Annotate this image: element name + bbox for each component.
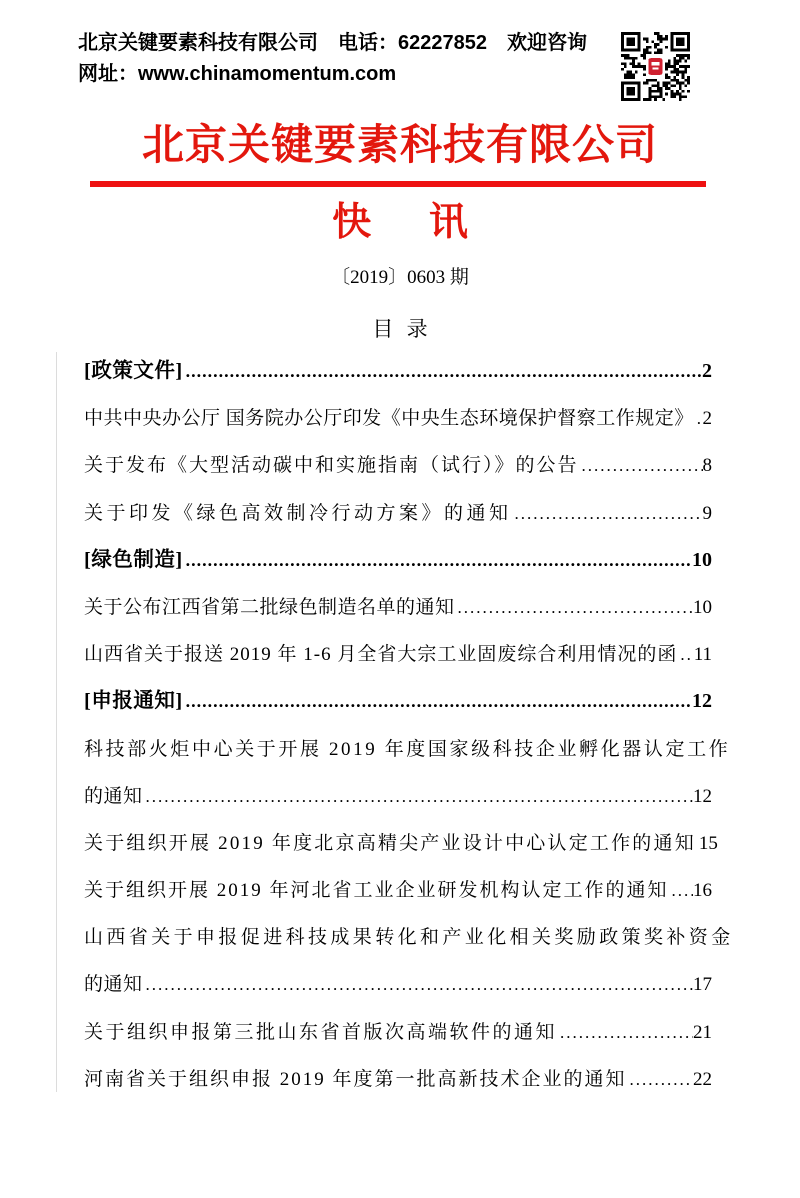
toc-field-boundary-rule (56, 352, 57, 1092)
qr-code-icon (621, 32, 690, 101)
toc-entry-title: 河南省关于组织申报 2019 年度第一批高新技术企业的通知 (84, 1056, 627, 1103)
toc-entry-row[interactable]: 的通知.....................................… (84, 773, 712, 820)
dot-leader: ........................................… (458, 584, 693, 631)
toc-page-number: 8 (703, 442, 713, 489)
toc-entry-title: [绿色制造] (84, 537, 183, 584)
dot-leader: ........................................… (680, 631, 693, 678)
toc-page-number: 22 (693, 1056, 712, 1103)
toc-entry-title: 关于组织申报第三批山东省首版次高端软件的通知 (84, 1009, 557, 1056)
toc-entry-title: 的通知 (84, 961, 143, 1008)
toc-entry-title: 中共中央办公厅 国务院办公厅印发《中央生态环境保护督察工作规定》 (84, 395, 694, 442)
toc-page-number: 15 (699, 820, 718, 867)
dot-leader: ........................................… (582, 442, 703, 489)
toc-entry-title: 的通知 (84, 773, 143, 820)
toc-entry-row[interactable]: 科技部火炬中心关于开展 2019 年度国家级科技企业孵化器认定工作 (84, 726, 712, 773)
title-divider-rule (90, 181, 706, 187)
toc-entry-row[interactable]: 山西省关于申报促进科技成果转化和产业化相关奖励政策奖补资金 (84, 914, 712, 961)
dot-leader: ........................................… (146, 773, 693, 820)
toc-page-number: 10 (692, 537, 712, 584)
dot-leader: ........................................… (186, 678, 692, 725)
dot-leader: ........................................… (515, 490, 703, 537)
toc-page-number: 11 (694, 631, 712, 678)
toc-entry-row[interactable]: 河南省关于组织申报 2019 年度第一批高新技术企业的通知...........… (84, 1056, 712, 1103)
toc-page-number: 10 (693, 584, 712, 631)
dot-leader: ........................................… (186, 537, 692, 584)
dot-leader: ........................................… (630, 1056, 693, 1103)
toc-section-row[interactable]: [政策文件]..................................… (84, 348, 712, 395)
toc-page-number: 2 (702, 348, 712, 395)
table-of-contents: [政策文件]..................................… (84, 348, 712, 1103)
toc-page-number: 2 (703, 395, 713, 442)
toc-heading: 目 录 (0, 313, 800, 343)
toc-entry-row[interactable]: 关于组织申报第三批山东省首版次高端软件的通知..................… (84, 1009, 712, 1056)
toc-entry-row[interactable]: 关于印发《绿色高效制冷行动方案》的通知.....................… (84, 490, 712, 537)
toc-page-number: 12 (692, 678, 712, 725)
document-page: 北京关键要素科技有限公司 电话：62227852 欢迎咨询 网址：www.chi… (0, 0, 800, 1198)
toc-entry-title: 科技部火炬中心关于开展 2019 年度国家级科技企业孵化器认定工作 (84, 726, 730, 773)
toc-entry-row[interactable]: 山西省关于报送 2019 年 1-6 月全省大宗工业固废综合利用情况的函....… (84, 631, 712, 678)
toc-entry-title: 山西省关于申报促进科技成果转化和产业化相关奖励政策奖补资金 (84, 914, 734, 961)
toc-page-number: 16 (693, 867, 712, 914)
toc-section-row[interactable]: [申报通知]..................................… (84, 678, 712, 725)
dot-leader: ........................................… (186, 348, 702, 395)
toc-page-number: 9 (703, 490, 713, 537)
masthead: 北京关键要素科技有限公司 电话：62227852 欢迎咨询 网址：www.chi… (78, 28, 618, 90)
issue-number: 〔2019〕0603 期 (0, 262, 800, 289)
bulletin-title: 快 讯 (0, 191, 800, 247)
toc-entry-row[interactable]: 关于发布《大型活动碳中和实施指南（试行）》的公告................… (84, 442, 712, 489)
toc-entry-title: 关于组织开展 2019 年度北京高精尖产业设计中心认定工作的通知 (84, 820, 696, 867)
dot-leader: ........................................… (146, 961, 693, 1008)
toc-entry-title: 关于发布《大型活动碳中和实施指南（试行）》的公告 (84, 442, 579, 489)
toc-page-number: 17 (693, 961, 712, 1008)
toc-entry-title: [政策文件] (84, 348, 183, 395)
company-contact-line: 北京关键要素科技有限公司 电话：62227852 欢迎咨询 (78, 28, 618, 59)
dot-leader: ........................................… (560, 1009, 693, 1056)
toc-entry-title: 关于组织开展 2019 年河北省工业企业研发机构认定工作的通知 (84, 867, 669, 914)
company-title: 北京关键要素科技有限公司 (0, 112, 800, 172)
toc-entry-title: [申报通知] (84, 678, 183, 725)
toc-entry-title: 关于公布江西省第二批绿色制造名单的通知 (84, 584, 455, 631)
toc-page-number: 21 (693, 1009, 712, 1056)
toc-entry-row[interactable]: 关于组织开展 2019 年度北京高精尖产业设计中心认定工作的通知15 (84, 820, 712, 867)
toc-entry-title: 山西省关于报送 2019 年 1-6 月全省大宗工业固废综合利用情况的函 (84, 631, 677, 678)
toc-page-number: 12 (693, 773, 712, 820)
toc-entry-row[interactable]: 关于组织开展 2019 年河北省工业企业研发机构认定工作的通知.........… (84, 867, 712, 914)
dot-leader: ........................................… (672, 867, 693, 914)
toc-section-row[interactable]: [绿色制造]..................................… (84, 537, 712, 584)
toc-entry-row[interactable]: 中共中央办公厅 国务院办公厅印发《中央生态环境保护督察工作规定》........… (84, 395, 712, 442)
toc-entry-row[interactable]: 的通知.....................................… (84, 961, 712, 1008)
toc-entry-title: 关于印发《绿色高效制冷行动方案》的通知 (84, 490, 512, 537)
toc-entry-row[interactable]: 关于公布江西省第二批绿色制造名单的通知.....................… (84, 584, 712, 631)
website-line: 网址：www.chinamomentum.com (78, 59, 618, 90)
